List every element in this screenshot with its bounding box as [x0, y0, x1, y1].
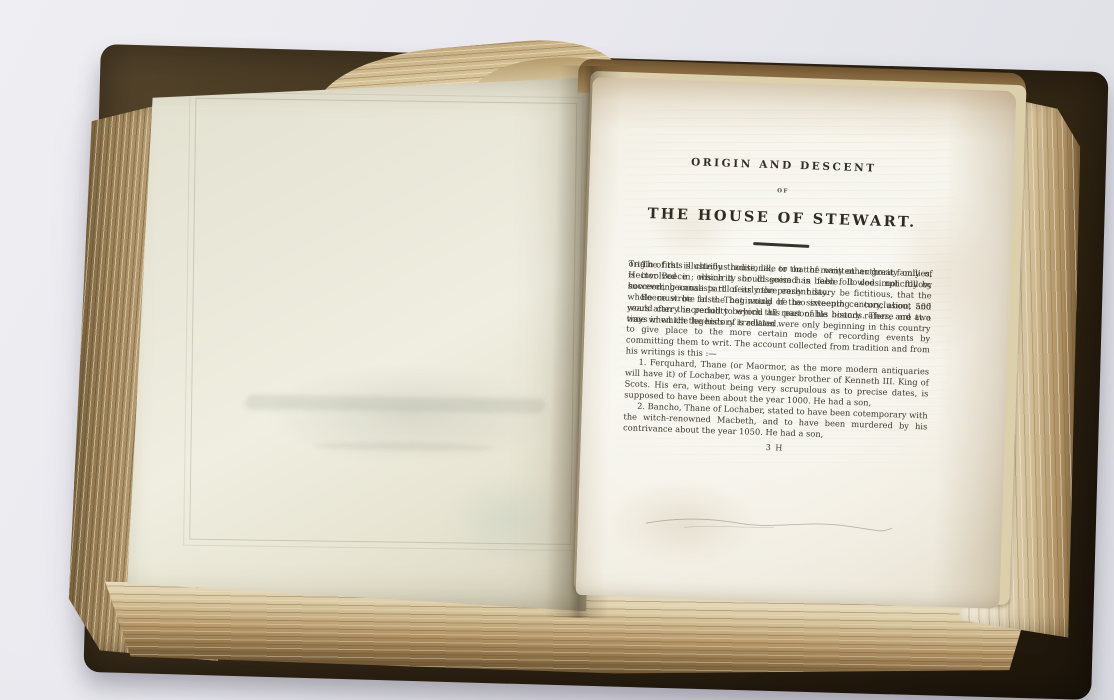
paragraph-opening: The origin of this illustrious house, li… — [629, 258, 933, 268]
book-photograph: ORIGIN AND DESCENT OF THE HOUSE OF STEWA… — [0, 0, 1114, 700]
left-page-blank — [122, 71, 593, 611]
chapter-heading-line2: THE HOUSE OF STEWART. — [630, 204, 934, 231]
right-page-printed: ORIGIN AND DESCENT OF THE HOUSE OF STEWA… — [576, 77, 1017, 609]
printed-text-block: ORIGIN AND DESCENT OF THE HOUSE OF STEWA… — [622, 154, 936, 456]
body-text: The origin of this illustrious house, li… — [623, 258, 933, 442]
chapter-heading-of: OF — [631, 183, 935, 199]
opening-rest: origin of this illustrious house, like t… — [627, 258, 933, 333]
heading-rule — [753, 242, 809, 248]
